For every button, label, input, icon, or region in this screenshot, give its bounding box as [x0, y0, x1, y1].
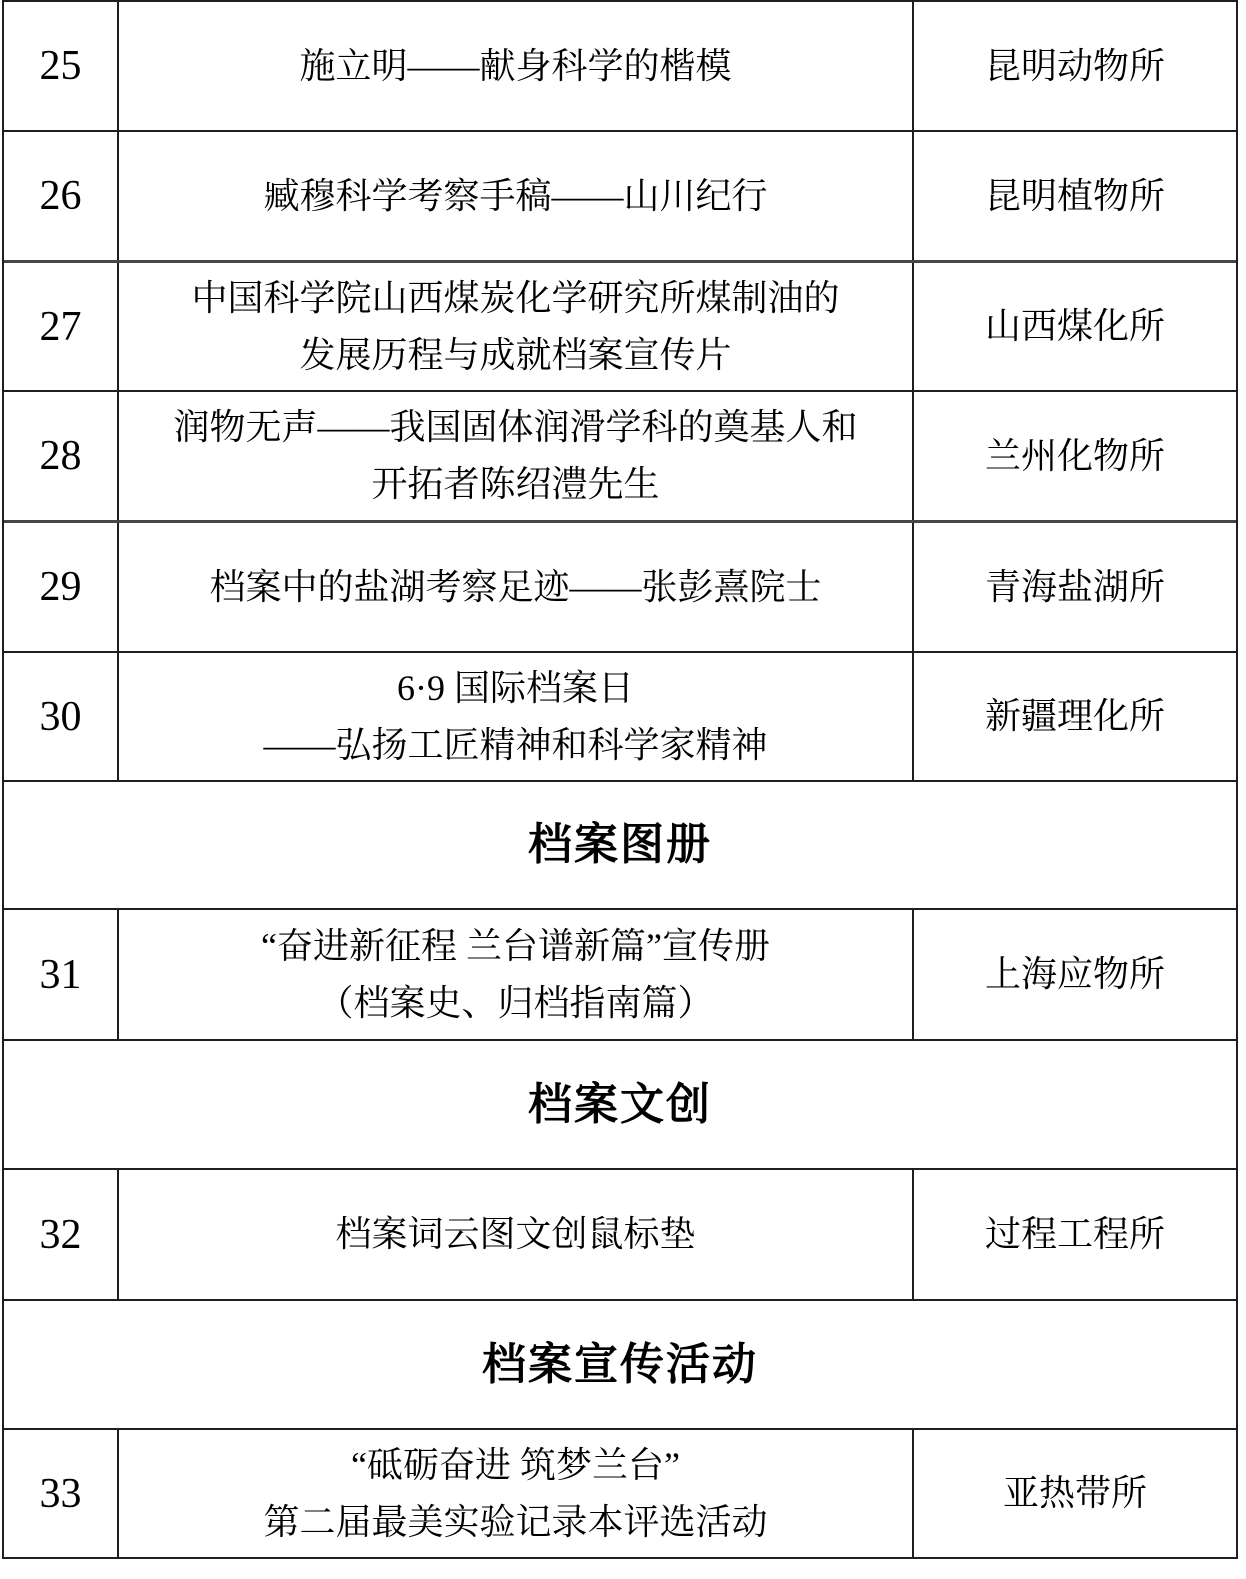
table-row: 32 档案词云图文创鼠标垫 过程工程所: [4, 1168, 1236, 1299]
table-row: 30 6·9 国际档案日 ——弘扬工匠精神和科学家精神 新疆理化所: [4, 651, 1236, 780]
section-title: 档案宣传活动: [4, 1301, 1236, 1428]
row-title: 润物无声——我国固体润滑学科的奠基人和 开拓者陈绍澧先生: [119, 392, 914, 520]
title-line: 第二届最美实验记录本评选活动: [263, 1494, 767, 1551]
row-number: 33: [4, 1430, 119, 1557]
row-number: 31: [4, 910, 119, 1039]
title-line: 档案词云图文创鼠标垫: [335, 1206, 695, 1263]
row-number: 28: [4, 392, 119, 520]
table-row: 29 档案中的盐湖考察足迹——张彭熹院士 青海盐湖所: [4, 520, 1236, 651]
title-line: “奋进新征程 兰台谱新篇”宣传册: [261, 918, 770, 975]
row-institution: 昆明动物所: [914, 2, 1236, 130]
title-line: 6·9 国际档案日: [397, 660, 634, 717]
row-number: 25: [4, 2, 119, 130]
title-line: 开拓者陈绍澧先生: [371, 456, 659, 513]
title-line: 施立明——献身科学的楷模: [299, 38, 731, 95]
row-number: 27: [4, 263, 119, 390]
row-institution: 新疆理化所: [914, 653, 1236, 780]
title-line: ——弘扬工匠精神和科学家精神: [263, 717, 767, 774]
table-row: 27 中国科学院山西煤炭化学研究所煤制油的 发展历程与成就档案宣传片 山西煤化所: [4, 260, 1236, 390]
row-title: 中国科学院山西煤炭化学研究所煤制油的 发展历程与成就档案宣传片: [119, 263, 914, 390]
title-line: “砥砺奋进 筑梦兰台”: [351, 1437, 680, 1494]
title-line: 发展历程与成就档案宣传片: [299, 327, 731, 384]
row-institution: 亚热带所: [914, 1430, 1236, 1557]
row-institution: 兰州化物所: [914, 392, 1236, 520]
row-number: 32: [4, 1170, 119, 1299]
row-number: 29: [4, 523, 119, 651]
title-line: 臧穆科学考察手稿——山川纪行: [263, 168, 767, 225]
table-row: 33 “砥砺奋进 筑梦兰台” 第二届最美实验记录本评选活动 亚热带所: [4, 1428, 1236, 1557]
row-institution: 过程工程所: [914, 1170, 1236, 1299]
section-title: 档案图册: [4, 782, 1236, 908]
table-row: 31 “奋进新征程 兰台谱新篇”宣传册 （档案史、归档指南篇） 上海应物所: [4, 908, 1236, 1039]
row-institution: 昆明植物所: [914, 132, 1236, 260]
row-institution: 上海应物所: [914, 910, 1236, 1039]
row-number: 26: [4, 132, 119, 260]
section-header-row: 档案文创: [4, 1039, 1236, 1168]
row-title: “奋进新征程 兰台谱新篇”宣传册 （档案史、归档指南篇）: [119, 910, 914, 1039]
row-title: 施立明——献身科学的楷模: [119, 2, 914, 130]
table-row: 25 施立明——献身科学的楷模 昆明动物所: [4, 2, 1236, 130]
row-title: 档案中的盐湖考察足迹——张彭熹院士: [119, 523, 914, 651]
table-row: 26 臧穆科学考察手稿——山川纪行 昆明植物所: [4, 130, 1236, 260]
row-title: “砥砺奋进 筑梦兰台” 第二届最美实验记录本评选活动: [119, 1430, 914, 1557]
table-row: 28 润物无声——我国固体润滑学科的奠基人和 开拓者陈绍澧先生 兰州化物所: [4, 390, 1236, 520]
title-line: （档案史、归档指南篇）: [317, 975, 713, 1032]
row-institution: 山西煤化所: [914, 263, 1236, 390]
title-line: 润物无声——我国固体润滑学科的奠基人和: [173, 399, 857, 456]
awards-table: 25 施立明——献身科学的楷模 昆明动物所 26 臧穆科学考察手稿——山川纪行 …: [2, 0, 1238, 1559]
row-title: 档案词云图文创鼠标垫: [119, 1170, 914, 1299]
title-line: 档案中的盐湖考察足迹——张彭熹院士: [209, 559, 821, 616]
section-header-row: 档案宣传活动: [4, 1299, 1236, 1428]
row-number: 30: [4, 653, 119, 780]
row-title: 6·9 国际档案日 ——弘扬工匠精神和科学家精神: [119, 653, 914, 780]
section-header-row: 档案图册: [4, 780, 1236, 908]
row-title: 臧穆科学考察手稿——山川纪行: [119, 132, 914, 260]
section-title: 档案文创: [4, 1041, 1236, 1168]
title-line: 中国科学院山西煤炭化学研究所煤制油的: [191, 270, 839, 327]
row-institution: 青海盐湖所: [914, 523, 1236, 651]
